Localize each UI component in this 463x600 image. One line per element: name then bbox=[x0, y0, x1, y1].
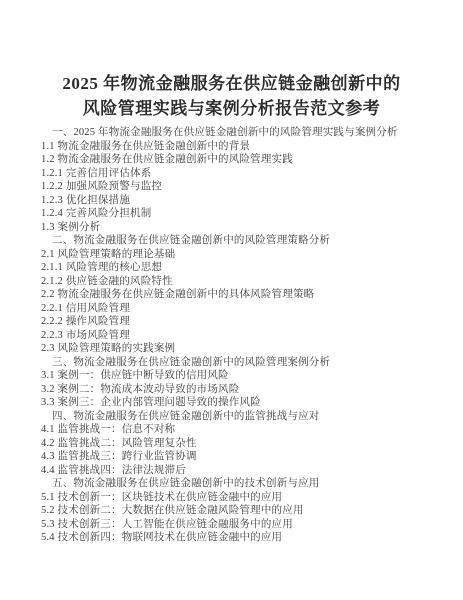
toc-item: 4.1 监管挑战一：信息不对称 bbox=[0, 423, 443, 437]
toc-item: 4.3 监管挑战三：跨行业监管协调 bbox=[0, 450, 443, 464]
toc-item: 5.2 技术创新二：大数据在供应链金融风险管理中的应用 bbox=[0, 504, 443, 518]
toc-item: 四、物流金融服务在供应链金融创新中的监管挑战与应对 bbox=[0, 410, 443, 424]
toc-item: 5.3 技术创新三：人工智能在供应链金融服务中的应用 bbox=[0, 518, 443, 532]
toc-item: 4.2 监管挑战二：风险管理复杂性 bbox=[0, 437, 443, 451]
toc-item: 5.1 技术创新一：区块链技术在供应链金融中的应用 bbox=[0, 491, 443, 505]
toc-item: 一、2025 年物流金融服务在供应链金融创新中的风险管理实践与案例分析 bbox=[0, 126, 443, 140]
document-title-line-2: 风险管理实践与案例分析报告范文参考 bbox=[0, 96, 463, 121]
toc-item: 3.1 案例一：供应链中断导致的信用风险 bbox=[0, 369, 443, 383]
toc-item: 2.3 风险管理策略的实践案例 bbox=[0, 342, 443, 356]
toc-list: 一、2025 年物流金融服务在供应链金融创新中的风险管理实践与案例分析1.1 物… bbox=[0, 126, 463, 545]
toc-item: 2.1.1 风险管理的核心思想 bbox=[0, 261, 443, 275]
toc-item: 2.2.1 信用风险管理 bbox=[0, 302, 443, 316]
document-title-line-1: 2025 年物流金融服务在供应链金融创新中的 bbox=[0, 71, 463, 96]
toc-item: 2.1.2 供应链金融的风险特性 bbox=[0, 275, 443, 289]
toc-item: 2.2 物流金融服务在供应链金融创新中的具体风险管理策略 bbox=[0, 288, 443, 302]
toc-item: 1.2.3 优化担保措施 bbox=[0, 194, 443, 208]
toc-item: 1.2.2 加强风险预警与监控 bbox=[0, 180, 443, 194]
toc-item: 5.4 技术创新四：物联网技术在供应链金融中的应用 bbox=[0, 531, 443, 545]
toc-item: 4.4 监管挑战四：法律法规滞后 bbox=[0, 464, 443, 478]
document-page: 2025 年物流金融服务在供应链金融创新中的 风险管理实践与案例分析报告范文参考… bbox=[0, 0, 463, 600]
toc-item: 五、物流金融服务在供应链金融创新中的技术创新与应用 bbox=[0, 477, 443, 491]
toc-item: 三、物流金融服务在供应链金融创新中的风险管理案例分析 bbox=[0, 356, 443, 370]
toc-item: 1.2.1 完善信用评估体系 bbox=[0, 167, 443, 181]
toc-item: 3.3 案例三：企业内部管理问题导致的操作风险 bbox=[0, 396, 443, 410]
toc-item: 1.2 物流金融服务在供应链金融创新中的风险管理实践 bbox=[0, 153, 443, 167]
toc-item: 1.3 案例分析 bbox=[0, 221, 443, 235]
toc-item: 二、物流金融服务在供应链金融创新中的风险管理策略分析 bbox=[0, 234, 443, 248]
toc-item: 1.1 物流金融服务在供应链金融创新中的背景 bbox=[0, 140, 443, 154]
toc-item: 3.2 案例二：物流成本波动导致的市场风险 bbox=[0, 383, 443, 397]
toc-item: 2.2.3 市场风险管理 bbox=[0, 329, 443, 343]
toc-item: 2.2.2 操作风险管理 bbox=[0, 315, 443, 329]
toc-item: 2.1 风险管理策略的理论基础 bbox=[0, 248, 443, 262]
toc-item: 1.2.4 完善风险分担机制 bbox=[0, 207, 443, 221]
document-title: 2025 年物流金融服务在供应链金融创新中的 风险管理实践与案例分析报告范文参考 bbox=[0, 0, 463, 121]
